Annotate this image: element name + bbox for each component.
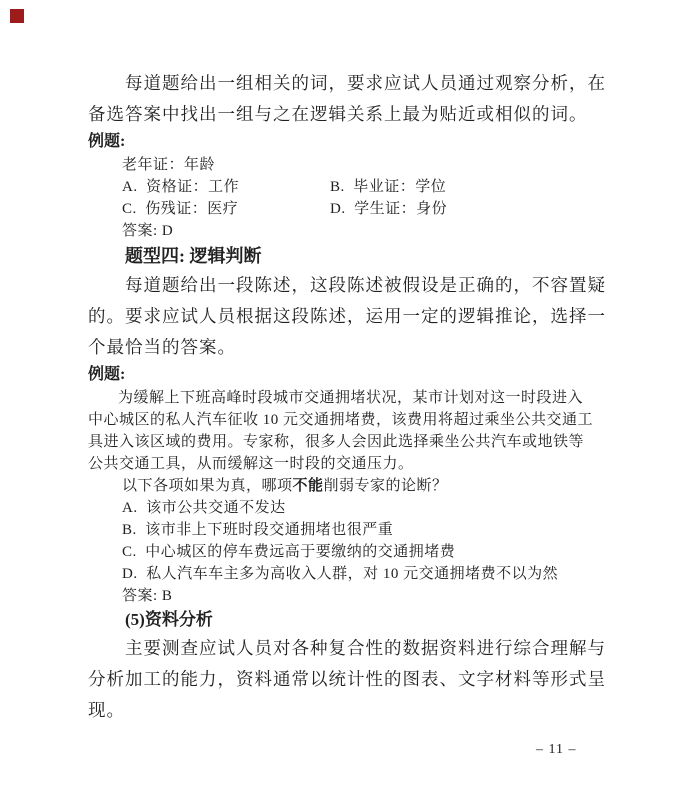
- page-content: 每道题给出一组相关的词，要求应试人员通过观察分析，在 备选答案中找出一组与之在逻…: [88, 68, 595, 726]
- example2-passage-line: 为缓解上下班高峰时段城市交通拥堵状况，某市计划对这一时段进入: [88, 387, 595, 409]
- section5-heading: (5)资料分析: [88, 607, 595, 633]
- question-text-post: 削弱专家的论断？: [324, 478, 448, 494]
- question-text-pre: 以下各项如果为真，哪项: [122, 478, 293, 494]
- section5-paragraph-line: 主要测查应试人员对各种复合性的数据资料进行综合理解与: [88, 633, 595, 664]
- example2-option-c: C. 中心城区的停车费远高于要缴纳的交通拥堵费: [88, 541, 595, 563]
- example1-stem: 老年证：年龄: [88, 154, 595, 176]
- example1-options-row-1: A. 资格证：工作 B. 毕业证：学位: [88, 176, 595, 198]
- example2-heading: 例题:: [88, 363, 595, 387]
- example1-option-a: A. 资格证：工作: [122, 176, 330, 198]
- section4-heading: 题型四: 逻辑判断: [88, 242, 595, 270]
- question-text-bold: 不能: [293, 478, 324, 494]
- example2-passage-line: 中心城区的私人汽车征收 10 元交通拥堵费，该费用将超过乘坐公共交通工: [88, 409, 595, 431]
- page-number: – 11 –: [536, 742, 576, 758]
- example2-passage-line: 具进入该区域的费用。专家称，很多人会因此选择乘坐公共汽车或地铁等: [88, 431, 595, 453]
- example2-option-a: A. 该市公共交通不发达: [88, 497, 595, 519]
- example2-option-d: D. 私人汽车车主多为高收入人群，对 10 元交通拥堵费不以为然: [88, 563, 595, 585]
- example2-question: 以下各项如果为真，哪项不能削弱专家的论断？: [88, 475, 595, 497]
- example2-answer: 答案: B: [88, 585, 595, 607]
- example1-answer: 答案: D: [88, 220, 595, 242]
- intro-paragraph-line: 备选答案中找出一组与之在逻辑关系上最为贴近或相似的词。: [88, 99, 595, 130]
- section4-paragraph-line: 个最恰当的答案。: [88, 332, 595, 363]
- section4-paragraph-line: 每道题给出一段陈述，这段陈述被假设是正确的，不容置疑: [88, 270, 595, 301]
- section5-paragraph-line: 现。: [88, 695, 595, 726]
- example1-option-d: D. 学生证：身份: [330, 198, 447, 220]
- red-marker-square: [10, 9, 24, 23]
- example1-heading: 例题:: [88, 130, 595, 154]
- example1-options-row-2: C. 伤残证：医疗 D. 学生证：身份: [88, 198, 595, 220]
- document-page: 每道题给出一组相关的词，要求应试人员通过观察分析，在 备选答案中找出一组与之在逻…: [0, 0, 681, 799]
- section5-paragraph-line: 分析加工的能力，资料通常以统计性的图表、文字材料等形式呈: [88, 664, 595, 695]
- example2-passage-line: 公共交通工具，从而缓解这一时段的交通压力。: [88, 453, 595, 475]
- example1-option-b: B. 毕业证：学位: [330, 176, 446, 198]
- example1-option-c: C. 伤残证：医疗: [122, 198, 330, 220]
- section4-paragraph-line: 的。要求应试人员根据这段陈述，运用一定的逻辑推论，选择一: [88, 301, 595, 332]
- example2-option-b: B. 该市非上下班时段交通拥堵也很严重: [88, 519, 595, 541]
- intro-paragraph-line: 每道题给出一组相关的词，要求应试人员通过观察分析，在: [88, 68, 595, 99]
